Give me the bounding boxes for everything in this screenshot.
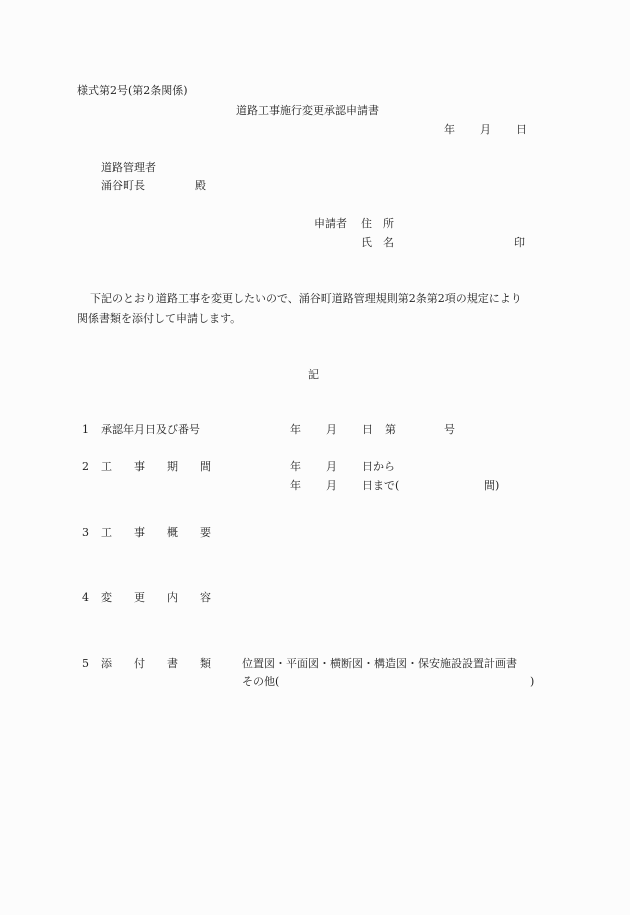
start-day: 日から <box>362 460 395 474</box>
end-year: 年 <box>290 479 301 493</box>
addressee-line1: 道路管理者 <box>101 161 156 175</box>
item-label: 工 事 概 要 <box>101 526 211 540</box>
body-line2: 関係書類を添付して申請します。 <box>77 312 241 326</box>
item-dai: 第 <box>385 423 396 437</box>
seal-mark: 印 <box>514 236 525 250</box>
applicant-label: 申請者 <box>314 217 347 231</box>
end-month: 月 <box>326 479 337 493</box>
item-year: 年 <box>290 423 301 437</box>
name-label: 氏 名 <box>361 236 394 250</box>
address-label: 住 所 <box>361 217 394 231</box>
date-day: 日 <box>516 123 527 137</box>
end-day: 日まで( <box>362 479 399 493</box>
item-number: 2 <box>82 460 89 474</box>
item-number: 1 <box>82 423 89 437</box>
item-label: 変 更 内 容 <box>101 591 211 605</box>
other-open: その他( <box>242 675 279 689</box>
attachments-list: 位置図・平面図・横断図・構造図・保安施設設置計画書 <box>242 657 517 671</box>
item-label: 添 付 書 類 <box>101 657 211 671</box>
other-close: ) <box>530 675 534 689</box>
item-go: 号 <box>444 423 455 437</box>
item-label: 工 事 期 間 <box>101 460 211 474</box>
form-label: 様式第2号(第2条関係) <box>77 84 188 98</box>
honorific: 殿 <box>195 179 206 193</box>
start-month: 月 <box>326 460 337 474</box>
start-year: 年 <box>290 460 301 474</box>
duration-close: 間) <box>484 479 499 493</box>
body-line1: 下記のとおり道路工事を変更したいので、涌谷町道路管理規則第2条第2項の規定により <box>90 292 522 306</box>
addressee-line2: 涌谷町長 <box>101 179 145 193</box>
item-label: 承認年月日及び番号 <box>101 423 200 437</box>
item-number: 5 <box>82 657 89 671</box>
document-title: 道路工事施行変更承認申請書 <box>236 104 379 118</box>
date-month: 月 <box>480 123 491 137</box>
item-month: 月 <box>326 423 337 437</box>
item-day: 日 <box>362 423 373 437</box>
item-number: 3 <box>82 526 89 540</box>
item-number: 4 <box>82 591 89 605</box>
ki-heading: 記 <box>308 368 319 382</box>
date-year: 年 <box>444 123 455 137</box>
